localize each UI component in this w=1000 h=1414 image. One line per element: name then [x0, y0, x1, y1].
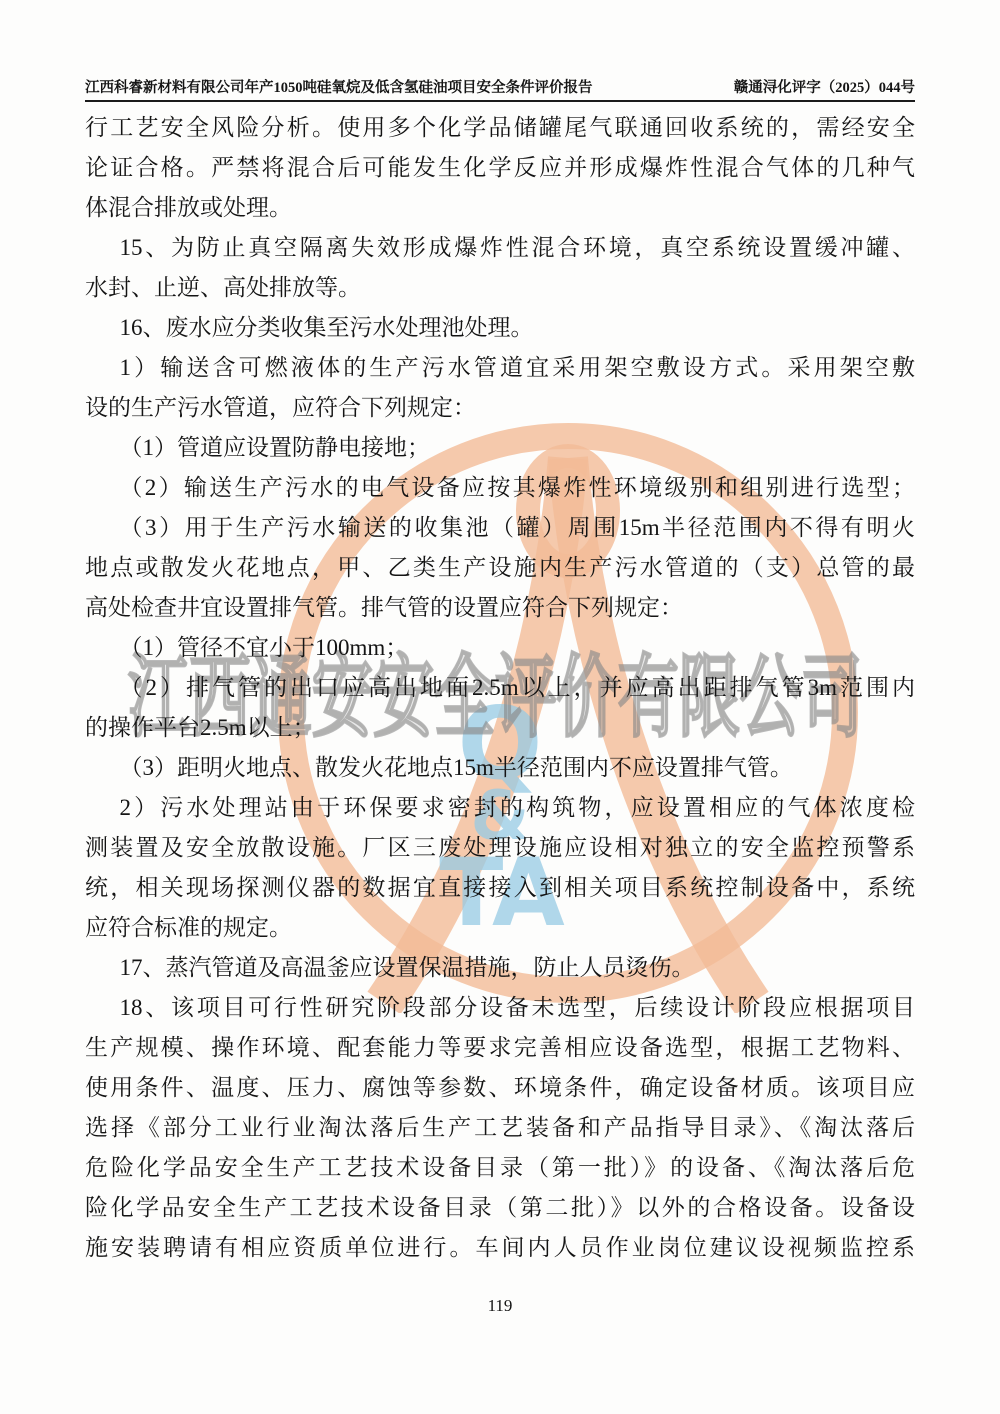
body-line: （3）距明火地点、散发火花地点15m半径范围内不应设置排气管。: [85, 748, 915, 788]
body-line: （1）管道应设置防静电接地；: [85, 428, 915, 468]
body-line: （2）输送生产污水的电气设备应按其爆炸性环境级别和组别进行选型；: [85, 468, 915, 508]
header-report-title: 江西科睿新材料有限公司年产1050吨硅氧烷及低含氢硅油项目安全条件评价报告: [85, 76, 593, 97]
body-line: 2）污水处理站由于环保要求密封的构筑物，应设置相应的气体浓度检: [85, 788, 915, 828]
body-line: 险化学品安全生产工艺技术设备目录（第二批）》以外的合格设备。设备设: [85, 1188, 915, 1228]
header-document-number: 赣通浔化评字（2025）044号: [734, 76, 915, 97]
body-line: 施安装聘请有相应资质单位进行。车间内人员作业岗位建议设视频监控系: [85, 1228, 915, 1268]
body-text: 行工艺安全风险分析。使用多个化学品储罐尾气联通回收系统的，需经安全 论证合格。严…: [85, 108, 915, 1268]
body-line: 1）输送含可燃液体的生产污水管道宜采用架空敷设方式。采用架空敷: [85, 348, 915, 388]
body-line: 15、为防止真空隔离失效形成爆炸性混合环境，真空系统设置缓冲罐、: [85, 228, 915, 268]
body-line: 16、废水应分类收集至污水处理池处理。: [85, 308, 915, 348]
body-line: 危险化学品安全生产工艺技术设备目录（第一批）》的设备、《淘汰落后危: [85, 1148, 915, 1188]
body-line: 17、蒸汽管道及高温釜应设置保温措施，防止人员烫伤。: [85, 948, 915, 988]
body-line: 体混合排放或处理。: [85, 188, 915, 228]
body-line: 设的生产污水管道，应符合下列规定：: [85, 388, 915, 428]
body-line: 行工艺安全风险分析。使用多个化学品储罐尾气联通回收系统的，需经安全: [85, 108, 915, 148]
body-line: （3）用于生产污水输送的收集池（罐）周围15m半径范围内不得有明火: [85, 508, 915, 548]
body-line: 高处检查井宜设置排气管。排气管的设置应符合下列规定：: [85, 588, 915, 628]
body-line: （2）排气管的出口应高出地面2.5m以上，并应高出距排气管3m范围内: [85, 668, 915, 708]
body-line: 水封、止逆、高处排放等。: [85, 268, 915, 308]
body-line: 18、该项目可行性研究阶段部分设备未选型，后续设计阶段应根据项目: [85, 988, 915, 1028]
page-header: 江西科睿新材料有限公司年产1050吨硅氧烷及低含氢硅油项目安全条件评价报告 赣通…: [85, 74, 915, 102]
body-line: 统，相关现场探测仪器的数据宜直接接入到相关项目系统控制设备中，系统: [85, 868, 915, 908]
body-line: 论证合格。严禁将混合后可能发生化学反应并形成爆炸性混合气体的几种气: [85, 148, 915, 188]
page-content: 江西科睿新材料有限公司年产1050吨硅氧烷及低含氢硅油项目安全条件评价报告 赣通…: [0, 0, 1000, 1414]
body-line: （1）管径不宜小于100mm；: [85, 628, 915, 668]
page-number: 119: [0, 1296, 1000, 1316]
body-line: 选择《部分工业行业淘汰落后生产工艺装备和产品指导目录》、《淘汰落后: [85, 1108, 915, 1148]
body-line: 生产规模、操作环境、配套能力等要求完善相应设备选型，根据工艺物料、: [85, 1028, 915, 1068]
body-line: 应符合标准的规定。: [85, 908, 915, 948]
body-line: 的操作平台2.5m以上；: [85, 708, 915, 748]
document-page: Q & TA 江西通安安全评价有限公司 江西科睿新材料有限公司年产1050吨硅氧…: [0, 0, 1000, 1414]
body-line: 测装置及安全放散设施。厂区三废处理设施应设相对独立的安全监控预警系: [85, 828, 915, 868]
body-line: 使用条件、温度、压力、腐蚀等参数、环境条件，确定设备材质。该项目应: [85, 1068, 915, 1108]
body-line: 地点或散发火花地点，甲、乙类生产设施内生产污水管道的（支）总管的最: [85, 548, 915, 588]
